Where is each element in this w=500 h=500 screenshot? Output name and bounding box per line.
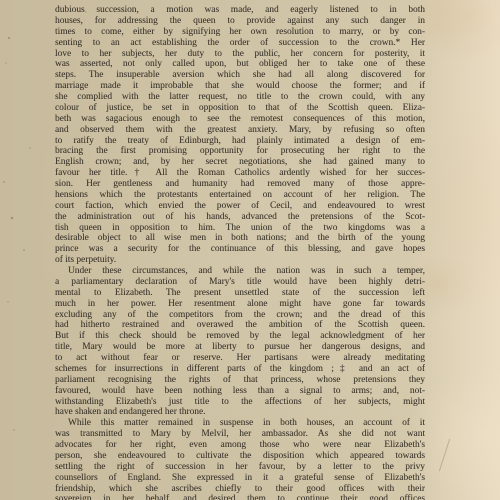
text-line: parliament recognising the rights of tha… — [55, 375, 425, 386]
text-line: withstanding Elizabeth's just title to t… — [55, 397, 425, 408]
text-line: favoured, would have been nothing less t… — [55, 386, 425, 397]
paper-scratch-mark — [439, 439, 450, 472]
text-line: sion. Her gentleness and humanity had re… — [55, 179, 425, 190]
text-line: steps. The insuperable aversion which sh… — [55, 70, 425, 81]
text-line: court faction, which envied the power of… — [55, 201, 425, 212]
text-line: she complied with the latter request, no… — [55, 92, 425, 103]
text-line: the administration out of his hands, adv… — [55, 212, 425, 223]
page-text: dubious succession, a motion was made, a… — [55, 5, 425, 500]
text-line: love to her subjects, her duty to the pu… — [55, 49, 425, 60]
text-line: sovereign in her behalf, and desired the… — [55, 494, 425, 500]
text-line: person, she endeavoured to cultivate the… — [55, 451, 425, 462]
text-line: friendship, which she ascribes chiefly t… — [55, 484, 425, 495]
text-line: tish queen in opposition to him. The uni… — [55, 223, 425, 234]
text-line: of its perpetuity. — [55, 255, 425, 266]
text-line: beth was sagacious enough to see the rem… — [55, 114, 425, 125]
text-line: excluding any of the competitors from th… — [55, 310, 425, 321]
text-line: settling the right of succession in her … — [55, 462, 425, 473]
text-line: Under these circumstances, and while the… — [55, 266, 425, 277]
text-line: desirable object to all wise men in both… — [55, 233, 425, 244]
text-line: mental to Elizabeth. The present unsettl… — [55, 288, 425, 299]
text-line: dubious succession, a motion was made, a… — [55, 5, 425, 16]
text-line: senting to an act establishing the order… — [55, 38, 425, 49]
text-line: to act without fear or reserve. Her part… — [55, 353, 425, 364]
text-line: had hitherto restrained and overawed the… — [55, 320, 425, 331]
text-line: marriage made it improbable that she wou… — [55, 81, 425, 92]
text-line: bracing the first promising opportunity … — [55, 146, 425, 157]
text-line: to ratify the treaty of Edinburgh, had p… — [55, 136, 425, 147]
text-line: colour of justice, be set in opposition … — [55, 103, 425, 114]
text-line: was asserted, not only called upon, but … — [55, 59, 425, 70]
text-line: have shaken and endangered her throne. — [55, 407, 425, 418]
text-line: title, Mary would be more at liberty to … — [55, 342, 425, 353]
text-line: counsellors of England. She expressed in… — [55, 473, 425, 484]
text-line: advocates for her right, even among thos… — [55, 440, 425, 451]
text-line: times to come, either by signifying her … — [55, 27, 425, 38]
text-line: While this matter remained in suspense i… — [55, 418, 425, 429]
text-line: houses, for addressing the queen to prov… — [55, 16, 425, 27]
text-line: prince was a security for the continuanc… — [55, 244, 425, 255]
text-line: English crown; and, by her secret negoti… — [55, 157, 425, 168]
book-page: dubious succession, a motion was made, a… — [0, 0, 500, 500]
text-line: and observed them with the greatest anxi… — [55, 125, 425, 136]
text-line: much in her power. Her resentment alone … — [55, 299, 425, 310]
text-line: favour her title.† All the Roman Catholi… — [55, 168, 425, 179]
text-line: a parliamentary declaration of Mary's ti… — [55, 277, 425, 288]
text-line: was transmitted to Mary by Melvil, her a… — [55, 429, 425, 440]
text-line: hensions which the protestants entertain… — [55, 190, 425, 201]
text-line: schemes for insurrections in different p… — [55, 364, 425, 375]
text-line: But if this check should be removed by t… — [55, 331, 425, 342]
